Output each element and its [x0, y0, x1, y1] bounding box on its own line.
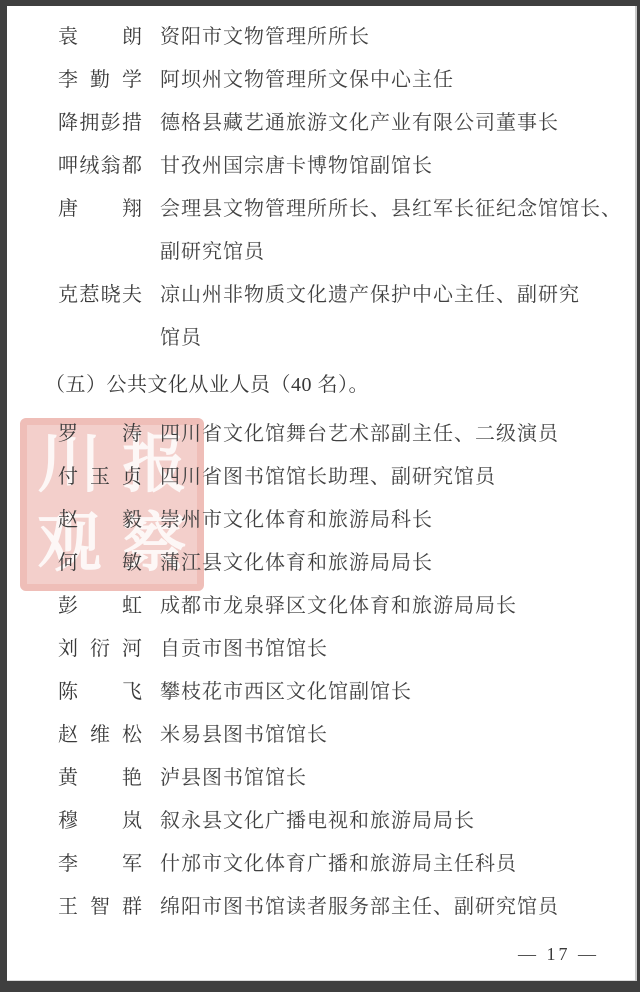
person-title: 绵阳市图书馆读者服务部主任、副研究馆员	[160, 886, 629, 929]
person-title: 叙永县文化广播电视和旅游局局长	[160, 800, 629, 843]
person-name: 穆岚	[58, 800, 142, 843]
person-title: 崇州市文化体育和旅游局科长	[160, 499, 629, 542]
page-number: — 17 —	[45, 939, 629, 969]
list-item: 赵毅崇州市文化体育和旅游局科长	[45, 499, 629, 542]
list-item: 克惹晓夫凉山州非物质文化遗产保护中心主任、副研究 馆员	[45, 274, 629, 360]
person-title: 甘孜州国宗唐卡博物馆副馆长	[160, 145, 629, 188]
list-item: 彭虹成都市龙泉驿区文化体育和旅游局局长	[45, 585, 629, 628]
award-list-section-b: 罗涛四川省文化馆舞台艺术部副主任、二级演员付玉贞四川省图书馆馆长助理、副研究馆员…	[45, 413, 629, 929]
list-item: 付玉贞四川省图书馆馆长助理、副研究馆员	[45, 456, 629, 499]
person-name: 赵维松	[58, 714, 142, 757]
person-name: 罗涛	[58, 413, 142, 456]
person-title: 成都市龙泉驿区文化体育和旅游局局长	[160, 585, 629, 628]
person-name: 呷绒翁都	[58, 145, 142, 188]
person-title: 阿坝州文物管理所文保中心主任	[160, 59, 629, 102]
list-item: 李勤学阿坝州文物管理所文保中心主任	[45, 59, 629, 102]
person-name: 李军	[58, 843, 142, 886]
person-title: 凉山州非物质文化遗产保护中心主任、副研究 馆员	[160, 274, 629, 360]
list-item: 袁朗资阳市文物管理所所长	[45, 16, 629, 59]
list-item: 陈飞攀枝花市西区文化馆副馆长	[45, 671, 629, 714]
person-name: 付玉贞	[58, 456, 142, 499]
person-name: 黄艳	[58, 757, 142, 800]
person-title: 四川省图书馆馆长助理、副研究馆员	[160, 456, 629, 499]
person-title: 什邡市文化体育广播和旅游局主任科员	[160, 843, 629, 886]
person-name: 唐翔	[58, 188, 142, 231]
person-name: 彭虹	[58, 585, 142, 628]
person-title: 米易县图书馆馆长	[160, 714, 629, 757]
person-title: 攀枝花市西区文化馆副馆长	[160, 671, 629, 714]
list-item: 唐翔会理县文物管理所所长、县红军长征纪念馆馆长、 副研究馆员	[45, 188, 629, 274]
person-name: 李勤学	[58, 59, 142, 102]
list-item: 赵维松米易县图书馆馆长	[45, 714, 629, 757]
person-title: 四川省文化馆舞台艺术部副主任、二级演员	[160, 413, 629, 456]
list-item: 穆岚叙永县文化广播电视和旅游局局长	[45, 800, 629, 843]
section-heading: （五）公共文化从业人员（40 名）。	[45, 364, 629, 407]
list-item: 何敏蒲江县文化体育和旅游局局长	[45, 542, 629, 585]
award-list-section-a: 袁朗资阳市文物管理所所长李勤学阿坝州文物管理所文保中心主任降拥彭措德格县藏艺通旅…	[45, 16, 629, 360]
person-title: 自贡市图书馆馆长	[160, 628, 629, 671]
list-item: 黄艳泸县图书馆馆长	[45, 757, 629, 800]
list-item: 罗涛四川省文化馆舞台艺术部副主任、二级演员	[45, 413, 629, 456]
person-title: 会理县文物管理所所长、县红军长征纪念馆馆长、 副研究馆员	[160, 188, 629, 274]
list-item: 王智群绵阳市图书馆读者服务部主任、副研究馆员	[45, 886, 629, 929]
document-page: 川 报 观 察 袁朗资阳市文物管理所所长李勤学阿坝州文物管理所文保中心主任降拥彭…	[7, 6, 637, 981]
person-name: 王智群	[58, 886, 142, 929]
person-name: 赵毅	[58, 499, 142, 542]
person-name: 袁朗	[58, 16, 142, 59]
list-item: 呷绒翁都甘孜州国宗唐卡博物馆副馆长	[45, 145, 629, 188]
person-title: 德格县藏艺通旅游文化产业有限公司董事长	[160, 102, 629, 145]
person-title: 蒲江县文化体育和旅游局局长	[160, 542, 629, 585]
person-name: 克惹晓夫	[58, 274, 142, 317]
list-item: 刘衍河自贡市图书馆馆长	[45, 628, 629, 671]
person-name: 刘衍河	[58, 628, 142, 671]
list-item: 降拥彭措德格县藏艺通旅游文化产业有限公司董事长	[45, 102, 629, 145]
person-name: 何敏	[58, 542, 142, 585]
person-title: 资阳市文物管理所所长	[160, 16, 629, 59]
document-content: 袁朗资阳市文物管理所所长李勤学阿坝州文物管理所文保中心主任降拥彭措德格县藏艺通旅…	[7, 6, 635, 969]
list-item: 李军什邡市文化体育广播和旅游局主任科员	[45, 843, 629, 886]
person-name: 陈飞	[58, 671, 142, 714]
person-title: 泸县图书馆馆长	[160, 757, 629, 800]
person-name: 降拥彭措	[58, 102, 142, 145]
